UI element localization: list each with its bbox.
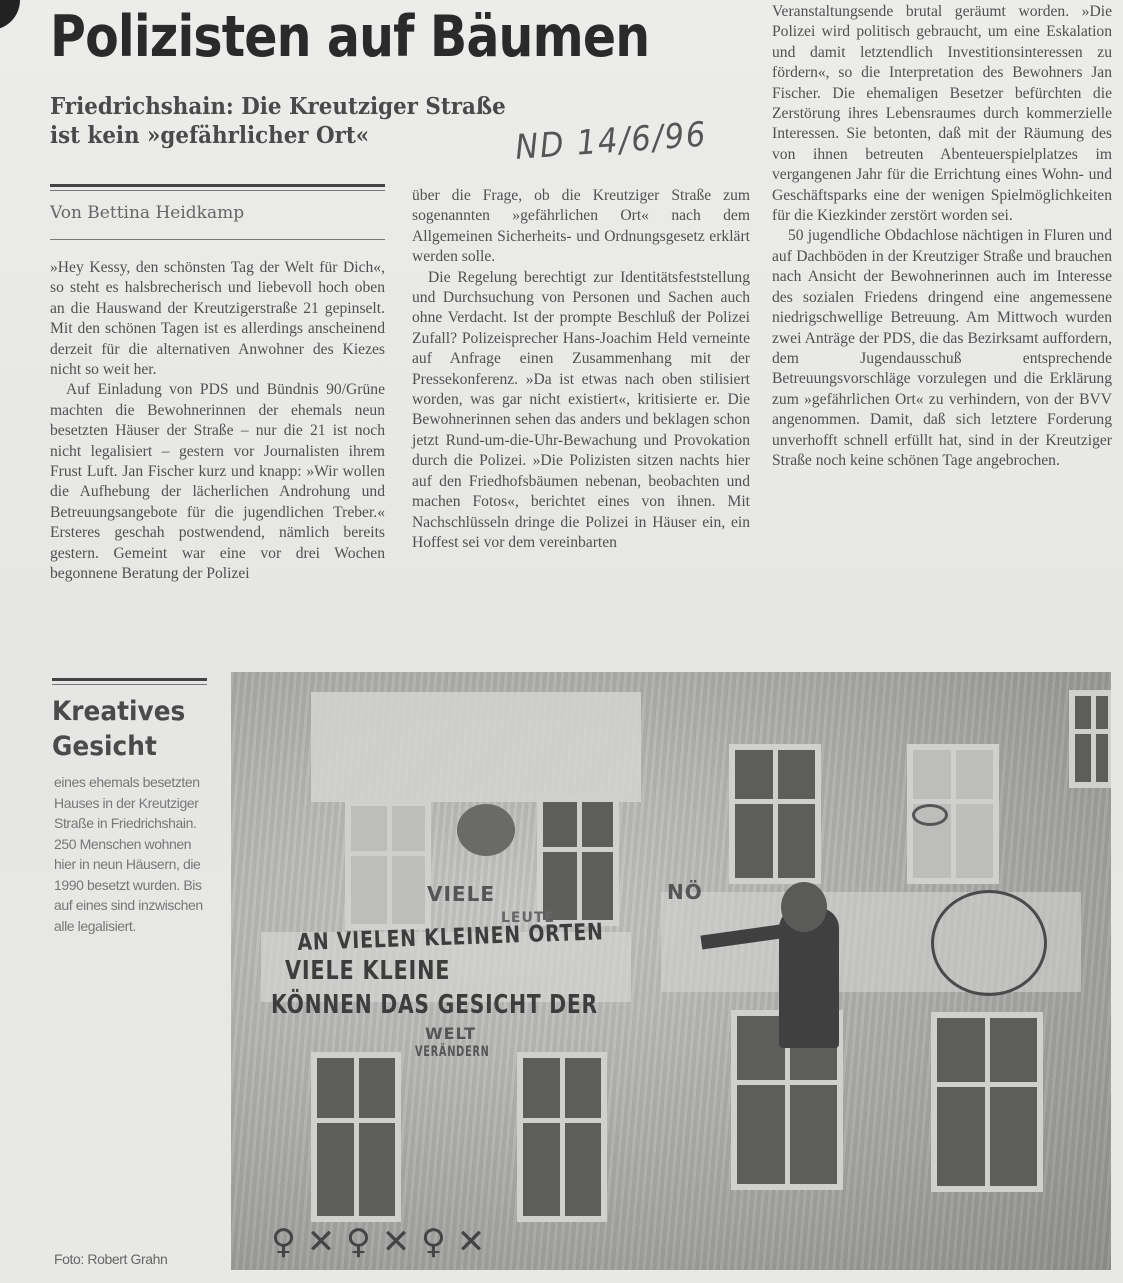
photo-credit: Foto: Robert Grahn <box>54 1251 167 1267</box>
mural-panel <box>311 692 641 802</box>
caption-title-line-2: Gesicht <box>52 731 157 762</box>
photo-caption-title: Kreatives Gesicht <box>52 694 185 764</box>
paragraph: Veranstaltungsende brutal geräumt worden… <box>772 2 1112 226</box>
paragraph: Auf Einladung von PDS und Bündnis 90/Grü… <box>50 380 385 584</box>
window <box>931 1012 1043 1192</box>
mural-text: WELT <box>425 1024 476 1043</box>
subheadline: Friedrichshain: Die Kreutziger Straße is… <box>50 92 506 150</box>
byline-rule-top-thin <box>50 190 385 191</box>
paragraph: »Hey Kessy, den schönsten Tag der Welt f… <box>50 258 385 380</box>
mural-text: NÖ <box>667 880 703 904</box>
painted-stamp-circle <box>931 890 1047 996</box>
window <box>537 796 619 926</box>
byline: Von Bettina Heidkamp <box>50 203 244 223</box>
photo-caption-text: eines ehemals besetzten Hauses in der Kr… <box>54 772 214 936</box>
mural-text: VIELE <box>427 882 495 906</box>
caption-title-line-1: Kreatives <box>52 696 185 727</box>
window <box>1069 690 1111 788</box>
mural-text: VIELE KLEINE <box>285 956 450 986</box>
article-column-2: über die Frage, ob die Kreutziger Straße… <box>412 186 750 553</box>
scan-corner-shadow <box>0 0 20 30</box>
painted-circle <box>457 804 515 856</box>
paragraph: 50 jugendliche Obdachlose nächtigen in F… <box>772 226 1112 471</box>
subheadline-line-2: ist kein »gefährlicher Ort« <box>50 122 369 149</box>
subheadline-line-1: Friedrichshain: Die Kreutziger Straße <box>50 93 506 120</box>
paragraph: Die Regelung berechtigt zur Identitätsfe… <box>412 268 750 554</box>
painted-figure-head <box>781 882 827 932</box>
house-facade-photo: VIELE LEUTE AN VIELEN KLEINEN ORTEN VIEL… <box>231 672 1111 1270</box>
window <box>311 1052 401 1222</box>
byline-rule-top <box>50 184 385 187</box>
painted-eye <box>912 804 948 826</box>
window <box>729 744 821 884</box>
handwritten-date-note: ND 14/6/96 <box>514 115 708 168</box>
article-column-1: »Hey Kessy, den schönsten Tag der Welt f… <box>50 258 385 585</box>
paragraph: über die Frage, ob die Kreutziger Straße… <box>412 186 750 268</box>
mural-text: KÖNNEN DAS GESICHT DER <box>271 990 598 1020</box>
caption-rule-top-thin <box>52 684 207 685</box>
newspaper-clipping: Polizisten auf Bäumen Friedrichshain: Di… <box>0 0 1123 1283</box>
byline-rule-bottom <box>50 239 385 240</box>
stick-figure-drawing: ♀ ✕ ♀ ✕ ♀ ✕ <box>271 1222 485 1262</box>
window <box>517 1052 607 1222</box>
mural-text: VERÄNDERN <box>415 1044 489 1060</box>
caption-rule-top <box>52 678 207 681</box>
article-column-3: Veranstaltungsende brutal geräumt worden… <box>772 2 1112 471</box>
window <box>345 800 431 930</box>
headline: Polizisten auf Bäumen <box>50 4 649 70</box>
